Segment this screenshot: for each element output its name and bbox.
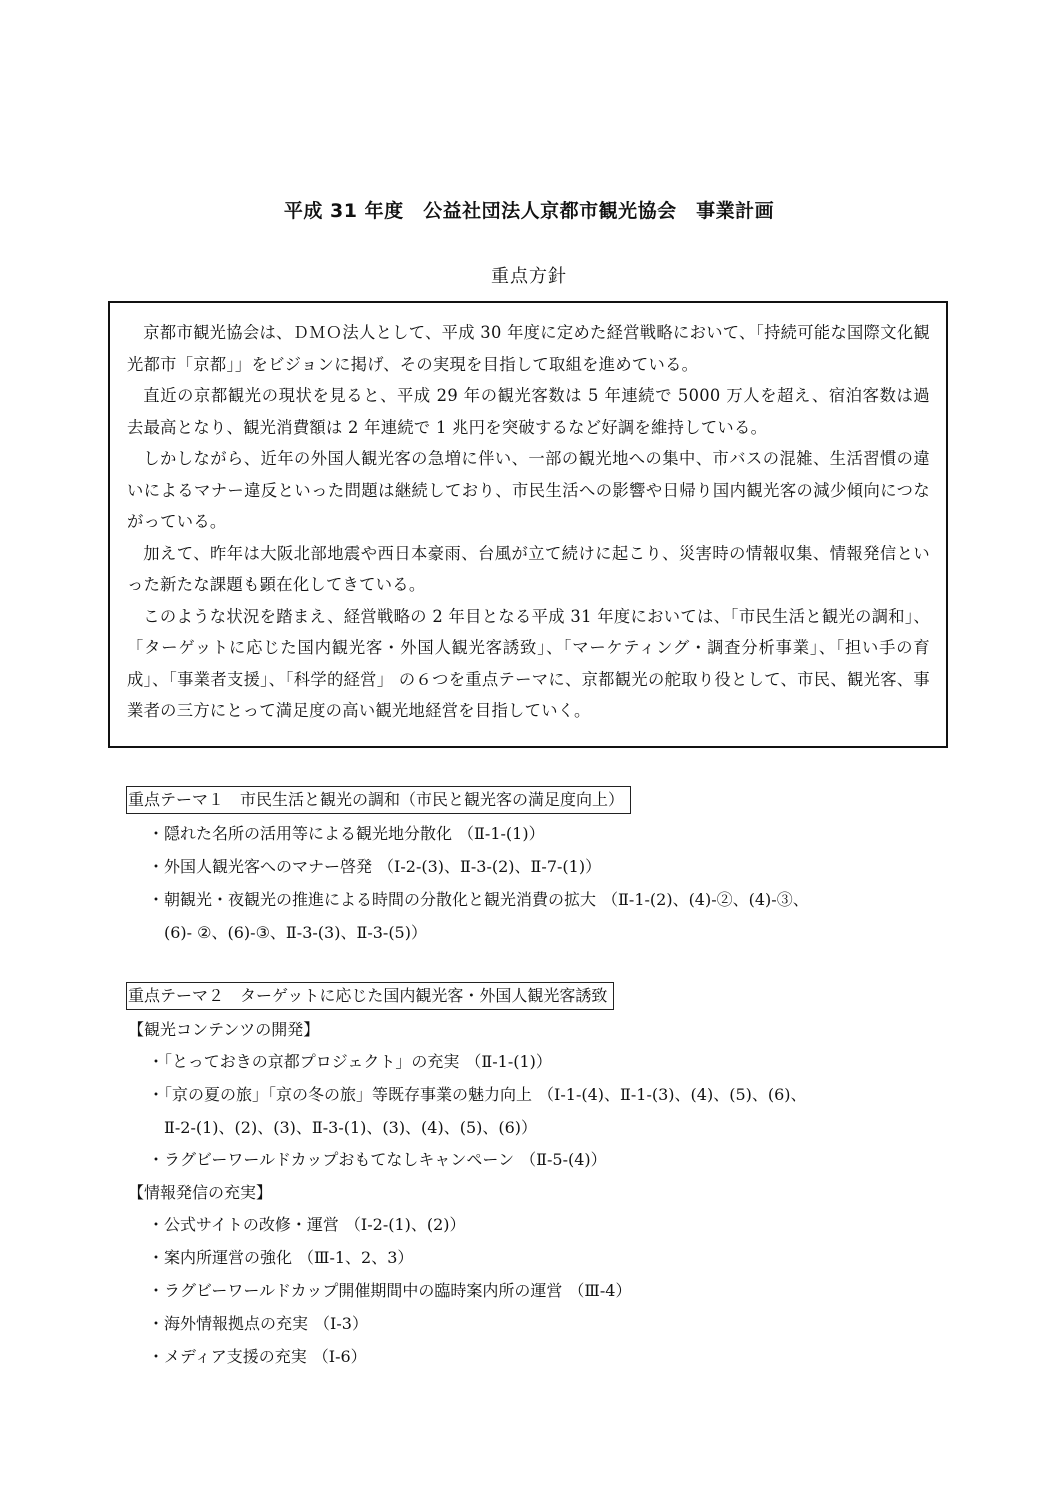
list-item: ・隠れた名所の活用等による観光地分散化（Ⅱ-1-(1)） — [126, 818, 946, 851]
bullet-icon: ・ — [148, 1215, 164, 1234]
bullet-icon: ・ — [148, 890, 164, 909]
item-text: 外国人観光客へのマナー啓発 — [164, 857, 372, 876]
theme-group: ・隠れた名所の活用等による観光地分散化（Ⅱ-1-(1)） ・外国人観光客へのマナ… — [126, 818, 946, 949]
list-item: ・公式サイトの改修・運営（Ⅰ-2-(1)、(2)） — [126, 1209, 946, 1242]
list-item: ・「とっておきの京都プロジェクト」の充実（Ⅱ-1-(1)） — [126, 1046, 946, 1079]
item-reference: （Ⅱ-1-(1)） — [458, 824, 545, 843]
list-item: ・朝観光・夜観光の推進による時間の分散化と観光消費の拡大（Ⅱ-1-(2)、(4)… — [126, 884, 946, 949]
item-text: 朝観光・夜観光の推進による時間の分散化と観光消費の拡大 — [164, 890, 596, 909]
list-item: ・ラグビーワールドカップ開催期間中の臨時案内所の運営（Ⅲ-4） — [126, 1275, 946, 1308]
group-label: 【観光コンテンツの開発】 — [128, 1014, 946, 1046]
item-text: 「京の夏の旅」「京の冬の旅」等既存事業の魅力向上 — [164, 1085, 532, 1104]
policy-paragraph: 直近の京都観光の現状を見ると、平成 29 年の観光客数は 5 年連続で 5000… — [127, 380, 930, 443]
bullet-icon: ・ — [148, 824, 164, 843]
item-reference: （Ⅰ-3） — [314, 1314, 368, 1333]
item-reference: （Ⅰ-6） — [313, 1347, 367, 1366]
item-reference: （Ⅰ-2-(1)、(2)） — [345, 1215, 466, 1234]
list-item: ・メディア支援の充実（Ⅰ-6） — [126, 1341, 946, 1374]
policy-paragraph: 京都市観光協会は、ＤＭＯ法人として、平成 30 年度に定めた経営戦略において、「… — [127, 317, 930, 380]
theme-1: 重点テーマ１ 市民生活と観光の調和（市民と観光客の満足度向上） ・隠れた名所の活… — [126, 786, 946, 949]
list-item: ・ラグビーワールドカップおもてなしキャンペーン（Ⅱ-5-(4)） — [126, 1144, 946, 1177]
item-text: 公式サイトの改修・運営 — [164, 1215, 339, 1234]
policy-summary-box: 京都市観光協会は、ＤＭＯ法人として、平成 30 年度に定めた経営戦略において、「… — [108, 301, 948, 748]
theme-heading: 重点テーマ１ 市民生活と観光の調和（市民と観光客の満足度向上） — [126, 786, 631, 814]
item-reference-continued: (6)- ②、(6)-③、Ⅱ-3-(3)、Ⅱ-3-(5)） — [148, 917, 946, 949]
item-text: ラグビーワールドカップ開催期間中の臨時案内所の運営 — [164, 1281, 562, 1300]
bullet-icon: ・ — [148, 1052, 164, 1071]
item-text: 隠れた名所の活用等による観光地分散化 — [164, 824, 452, 843]
item-text: 「とっておきの京都プロジェクト」の充実 — [164, 1052, 459, 1071]
item-reference: （Ⅰ-2-(3)、Ⅱ-3-(2)、Ⅱ-7-(1)） — [378, 857, 601, 876]
item-reference: （Ⅲ-1、2、3） — [298, 1248, 413, 1267]
bullet-icon: ・ — [148, 1248, 164, 1267]
document-page: 平成 31 年度 公益社団法人京都市観光協会 事業計画 重点方針 京都市観光協会… — [0, 0, 1058, 1497]
list-item: ・案内所運営の強化（Ⅲ-1、2、3） — [126, 1242, 946, 1275]
policy-paragraph: 加えて、昨年は大阪北部地震や西日本豪雨、台風が立て続けに起こり、災害時の情報収集… — [127, 538, 930, 601]
item-reference: （Ⅲ-4） — [568, 1281, 631, 1300]
list-item: ・外国人観光客へのマナー啓発（Ⅰ-2-(3)、Ⅱ-3-(2)、Ⅱ-7-(1)） — [126, 851, 946, 884]
item-reference: （Ⅱ-1-(2)、(4)-②、(4)-③、 — [602, 890, 809, 909]
bullet-icon: ・ — [148, 1347, 164, 1366]
section-subtitle: 重点方針 — [0, 262, 1058, 288]
policy-paragraph: しかしながら、近年の外国人観光客の急増に伴い、一部の観光地への集中、市バスの混雑… — [127, 443, 930, 538]
item-reference: （Ⅰ-1-(4)、Ⅱ-1-(3)、(4)、(5)、(6)、 — [538, 1085, 807, 1104]
bullet-icon: ・ — [148, 857, 164, 876]
theme-2: 重点テーマ２ ターゲットに応じた国内観光客・外国人観光客誘致 【観光コンテンツの… — [126, 982, 946, 1374]
item-reference: （Ⅱ-5-(4)） — [520, 1150, 607, 1169]
item-text: 海外情報拠点の充実 — [164, 1314, 308, 1333]
bullet-icon: ・ — [148, 1314, 164, 1333]
item-text: メディア支援の充実 — [164, 1347, 307, 1366]
list-item: ・「京の夏の旅」「京の冬の旅」等既存事業の魅力向上（Ⅰ-1-(4)、Ⅱ-1-(3… — [126, 1079, 946, 1144]
bullet-icon: ・ — [148, 1281, 164, 1300]
group-label: 【情報発信の充実】 — [128, 1177, 946, 1209]
item-text: 案内所運営の強化 — [164, 1248, 292, 1267]
item-text: ラグビーワールドカップおもてなしキャンペーン — [164, 1150, 514, 1169]
theme-list: 重点テーマ１ 市民生活と観光の調和（市民と観光客の満足度向上） ・隠れた名所の活… — [126, 786, 946, 1407]
document-title: 平成 31 年度 公益社団法人京都市観光協会 事業計画 — [0, 196, 1058, 223]
theme-group: 【観光コンテンツの開発】 ・「とっておきの京都プロジェクト」の充実（Ⅱ-1-(1… — [126, 1014, 946, 1177]
item-reference: （Ⅱ-1-(1)） — [465, 1052, 552, 1071]
bullet-icon: ・ — [148, 1150, 164, 1169]
item-reference-continued: Ⅱ-2-(1)、(2)、(3)、Ⅱ-3-(1)、(3)、(4)、(5)、(6)） — [148, 1112, 946, 1144]
bullet-icon: ・ — [148, 1085, 164, 1104]
policy-paragraph: このような状況を踏まえ、経営戦略の 2 年目となる平成 31 年度においては、「… — [127, 601, 930, 727]
list-item: ・海外情報拠点の充実（Ⅰ-3） — [126, 1308, 946, 1341]
theme-group: 【情報発信の充実】 ・公式サイトの改修・運営（Ⅰ-2-(1)、(2)） ・案内所… — [126, 1177, 946, 1374]
theme-heading: 重点テーマ２ ターゲットに応じた国内観光客・外国人観光客誘致 — [126, 982, 614, 1010]
